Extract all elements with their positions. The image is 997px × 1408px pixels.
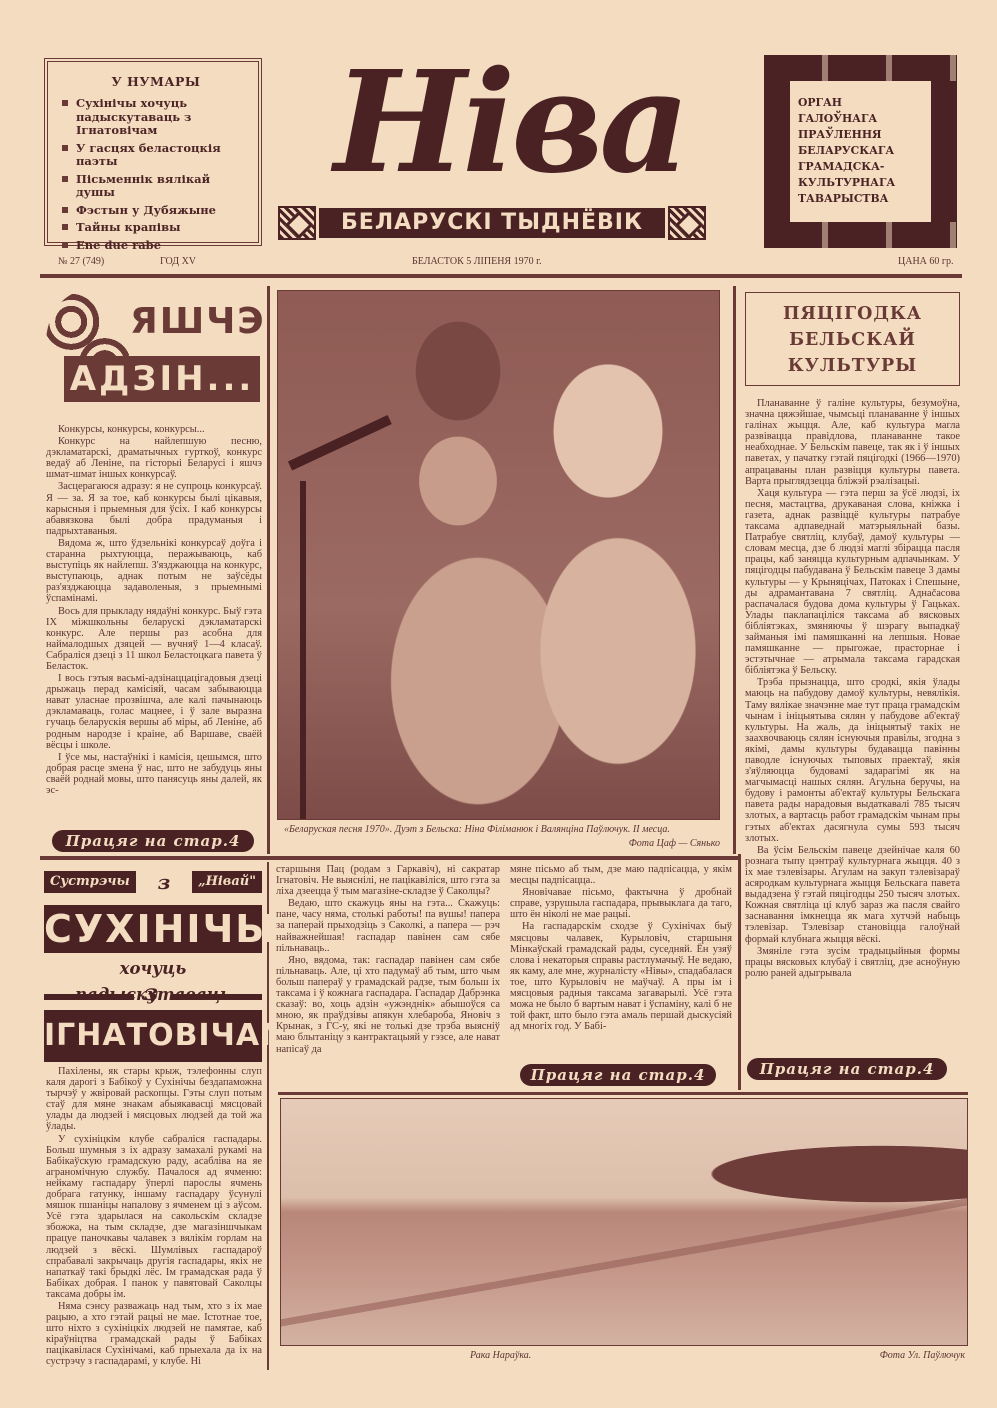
rubric-right: „Нівай" [192, 871, 262, 893]
index-item[interactable]: Фэстын у Дубяжыне [62, 204, 250, 218]
microphone-icon [288, 415, 392, 471]
bullet-icon [62, 242, 68, 248]
headline-word: АДЗІН... [64, 356, 260, 402]
contests-headline: ЯШЧЭ АДЗІН... [46, 290, 264, 410]
duet-photo-credit: Фота Цаф — Сянько [600, 838, 720, 849]
date-line: БЕЛАСТОК 5 ЛІПЕНЯ 1970 г. [412, 256, 542, 267]
year-label: ГОД XV [160, 256, 196, 267]
bielsk-body: Планаванне ў галіне культуры, безумоўна,… [745, 398, 960, 980]
publisher-line: БЕЛАРУСКАГА [798, 143, 931, 159]
paragraph: Пахілены, як стары крыж, тэлефонны слуп … [46, 1066, 262, 1133]
headline-word: ЯШЧЭ [130, 302, 260, 342]
paragraph: І вось гэтыя васьмі-адзінаццацігадовыя д… [46, 673, 262, 751]
index-item[interactable]: Тайны крапівы [62, 221, 250, 235]
index-item[interactable]: Пісьменнік вялікай душы [62, 173, 250, 200]
contests-body: Конкурсы, конкурсы, конкурсы... Конкурс … [46, 424, 262, 797]
paragraph: Конкурс на найлепшую песню, дэкламатарск… [46, 436, 262, 480]
sukhinichy-col3: мяне пісьмо аб тым, дзе маю падпісацца, … [510, 864, 732, 1033]
publisher-line: ПРАЎЛЕННЯ [798, 127, 931, 143]
paragraph: Змяніле гэта зусім традыцыйныя формы пра… [745, 946, 960, 979]
index-item[interactable]: Ene due rabe [62, 239, 250, 253]
index-item[interactable]: У гасцях беластоцкія паэты [62, 142, 250, 169]
paragraph: Яно, вядома, так: гаспадар павінен сам с… [276, 955, 500, 1055]
bullet-icon [62, 100, 68, 106]
column-divider [267, 286, 270, 854]
publisher-line: ТАВАРЫСТВА [798, 191, 931, 207]
section-divider [278, 1092, 968, 1095]
paragraph: Вядома ж, што ўдзельнікі конкурсаў доўга… [46, 538, 262, 605]
duet-photo [277, 290, 720, 820]
paragraph: Засцерагаюся адразу: я не супроць конкур… [46, 481, 262, 536]
continue-link[interactable]: Працяг на стар.4 [520, 1064, 716, 1086]
rubric-left: Сустрэчы [44, 871, 136, 893]
issue-number: № 27 (749) [58, 256, 104, 267]
column-divider [738, 854, 741, 1090]
headline-line: БЕЛЬСКАЙ [746, 327, 959, 353]
publisher-line: КУЛЬТУРНАГА [798, 175, 931, 191]
headline-ignatovich: ІГНАТОВІЧАМ [44, 1010, 262, 1062]
paragraph: На гаспадарскім сходзе ў Сухінічах быў м… [510, 921, 732, 1032]
connector-letter: з [144, 980, 158, 1006]
paragraph: Хаця культура — гэта перш за ўсё людзі, … [745, 488, 960, 677]
bar [44, 994, 134, 1000]
rubric-meetings: Сустрэчы з „Нівай" [44, 868, 262, 896]
river-caption: Рака Нараўка. [470, 1350, 531, 1361]
index-title: У НУМАРЫ [62, 74, 250, 89]
folk-ornament-icon [278, 206, 316, 240]
headline-subline: хочуць падыскутаваць [44, 956, 262, 982]
price-label: ЦАНА 60 гр. [898, 256, 954, 267]
river-photo-credit: Фота Ул. Паўлючук [830, 1350, 965, 1361]
paragraph: Вось для прыкладу нядаўні конкурс. Быў г… [46, 606, 262, 673]
index-box: У НУМАРЫ Сухінічы хочуць падыскутаваць з… [44, 58, 262, 246]
headline-line: ПЯЦІГОДКА [746, 301, 959, 327]
paragraph: І ўсе мы, настаўнікі і камісія, цешымся,… [46, 752, 262, 796]
sukhinichy-col2: старшыня Пац (родам з Гаркавіч), ні сакр… [276, 864, 500, 1056]
publisher-line: ОРГАН [798, 95, 931, 111]
header-divider [40, 274, 962, 278]
section-divider [40, 856, 740, 860]
bielsk-headline: ПЯЦІГОДКА БЕЛЬСКАЙ КУЛЬТУРЫ [745, 292, 960, 386]
paragraph: Конкурсы, конкурсы, конкурсы... [46, 424, 262, 435]
paragraph: Яновічавае пісьмо, фактычна ў дробнай сп… [510, 887, 732, 920]
sukhinichy-col1: Пахілены, як стары крыж, тэлефонны слуп … [46, 1066, 262, 1369]
masthead-subtitle: БЕЛАРУСКІ ТЫДНЁВІК [319, 208, 665, 238]
mic-stand [300, 481, 306, 820]
headline-line: КУЛЬТУРЫ [746, 353, 959, 379]
headline-connector: з [44, 986, 262, 1006]
paragraph: Трэба прызнацца, што сродкі, якія ўлады … [745, 677, 960, 843]
publisher-line: ГРАМАДСКА- [798, 159, 931, 175]
column-divider [733, 286, 736, 854]
bullet-icon [62, 207, 68, 213]
paragraph: У сухініцкім клубе сабраліся гаспадары. … [46, 1134, 262, 1300]
bullet-icon [62, 145, 68, 151]
bullet-icon [62, 176, 68, 182]
masthead-logo: Ніва [285, 48, 735, 198]
paragraph: Ведаю, што скажуць яны на гэта... Скажуц… [276, 898, 500, 953]
masthead-subtitle-bar: БЕЛАРУСКІ ТЫДНЁВІК [278, 206, 706, 240]
continue-link[interactable]: Працяг на стар.4 [747, 1058, 947, 1080]
publisher-box: ОРГАН ГАЛОЎНАГА ПРАЎЛЕННЯ БЕЛАРУСКАГА ГР… [764, 55, 957, 248]
rubric-mid: з [158, 870, 171, 894]
paragraph: Планаванне ў галіне культуры, безумоўна,… [745, 398, 960, 487]
bar [172, 994, 262, 1000]
headline-sukhinichy: СУХІНІЧЫ [44, 905, 262, 953]
bullet-icon [62, 224, 68, 230]
paragraph: мяне пісьмо аб тым, дзе маю падпісацца, … [510, 864, 732, 886]
folk-ornament-icon [668, 206, 706, 240]
continue-link[interactable]: Працяг на стар.4 [52, 830, 254, 852]
paragraph: Ва ўсім Бельскім павеце дзейнічае каля 6… [745, 845, 960, 945]
river-photo [280, 1098, 968, 1346]
duet-caption: «Беларуская песня 1970». Дуэт з Бельска:… [284, 824, 720, 835]
publisher-line: ГАЛОЎНАГА [798, 111, 931, 127]
paragraph: старшыня Пац (родам з Гаркавіч), ні сакр… [276, 864, 500, 897]
index-item[interactable]: Сухінічы хочуць падыскутаваць з Ігнатові… [62, 97, 250, 138]
paragraph: Няма сэнсу разважаць над тым, хто з іх м… [46, 1301, 262, 1368]
